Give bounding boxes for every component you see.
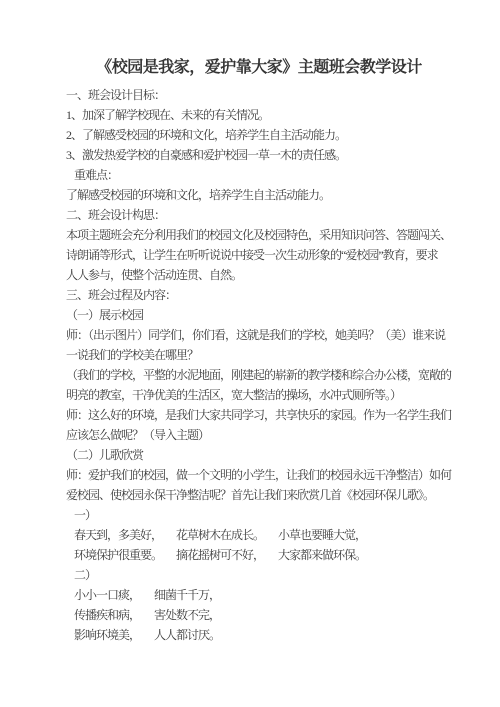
part1-line: （我们的学校，平整的水泥地面，刚建起的崭新的教学楼和综合办公楼，宽敞的 xyxy=(66,365,452,385)
part1-line: 师：（出示图片）同学们，你们看，这就是我们的学校，她美吗？（美）谁来说 xyxy=(66,325,452,345)
rhyme-1-line: 环境保护很重要。 摘花摇树可不好， 大家都来做环保。 xyxy=(66,545,452,565)
design-body-line: 本项主题班会充分利用我们的校园文化及校园特色，采用知识问答、答题闯关、 xyxy=(66,225,452,245)
part1-line: 师：这么好的环境，是我们大家共同学习，共享快乐的家园。作为一名学生我们 xyxy=(66,405,452,425)
part2-line: 爱校园、使校园永保干净整洁呢？首先让我们来欣赏几首《校园环保儿歌》。 xyxy=(66,485,452,505)
rhyme-segment: 细菌千千万， xyxy=(154,585,220,605)
part1-line: 明亮的教室，干净优美的生活区，宽大整洁的操场，水冲式厕所等。） xyxy=(66,385,452,405)
rhyme-1-label: 一） xyxy=(66,505,452,525)
part1-heading: （一）展示校园 xyxy=(66,305,452,325)
rhyme-segment: 春天到，多美好， xyxy=(74,525,162,545)
rhyme-segment: 环境保护很重要。 xyxy=(74,545,162,565)
design-body-line: 诗朗诵等形式，让学生在听听说说中接受一次生动形象的“爱校园”教育，要求 xyxy=(66,245,452,265)
goal-item-2: 2、了解感受校园的环境和文化，培养学生自主活动能力。 xyxy=(66,125,452,145)
design-heading: 二、班会设计构思： xyxy=(66,205,452,225)
rhyme-segment: 大家都来做环保。 xyxy=(278,545,366,565)
process-heading: 三、班会过程及内容： xyxy=(66,285,452,305)
rhyme-segment: 花草树木在成长。 xyxy=(176,525,264,545)
rhyme-segment: 小草也要睡大觉， xyxy=(278,525,366,545)
part1-line: 一说我们的学校美在哪里？ xyxy=(66,345,452,365)
part1-line: 应该怎么做呢？（导入主题） xyxy=(66,425,452,445)
rhyme-2-line: 传播疾和病， 害处数不完， xyxy=(66,605,452,625)
key-points-heading: 重难点： xyxy=(66,165,452,185)
key-points-body: 了解感受校园的环境和文化，培养学生自主活动能力。 xyxy=(66,185,452,205)
rhyme-segment: 小小一口痰， xyxy=(74,585,140,605)
document-page: 《校园是我家，爱护靠大家》主题班会教学设计 一、班会设计目标： 1、加深了解学校… xyxy=(0,0,500,707)
rhyme-2-label: 二） xyxy=(66,565,452,585)
rhyme-1-line: 春天到，多美好， 花草树木在成长。 小草也要睡大觉， xyxy=(66,525,452,545)
rhyme-segment: 传播疾和病， xyxy=(74,605,140,625)
rhyme-2-line: 影响环境美， 人人都讨厌。 xyxy=(66,625,452,645)
rhyme-segment: 害处数不完， xyxy=(154,605,220,625)
goals-heading: 一、班会设计目标： xyxy=(66,85,452,105)
document-title: 《校园是我家，爱护靠大家》主题班会教学设计 xyxy=(66,57,452,79)
rhyme-segment: 影响环境美， xyxy=(74,625,140,645)
part2-heading: （二）儿歌欣赏 xyxy=(66,445,452,465)
rhyme-segment: 人人都讨厌。 xyxy=(154,625,220,645)
goal-item-3: 3、激发热爱学校的自豪感和爱护校园一草一木的责任感。 xyxy=(66,145,452,165)
rhyme-segment: 摘花摇树可不好， xyxy=(176,545,264,565)
goal-item-1: 1、加深了解学校现在、未来的有关情况。 xyxy=(66,105,452,125)
part2-line: 师：爱护我们的校园，做一个文明的小学生，让我们的校园永远干净整洁）如何 xyxy=(66,465,452,485)
design-body-line: 人人参与，使整个活动连贯、自然。 xyxy=(66,265,452,285)
rhyme-2-line: 小小一口痰， 细菌千千万， xyxy=(66,585,452,605)
